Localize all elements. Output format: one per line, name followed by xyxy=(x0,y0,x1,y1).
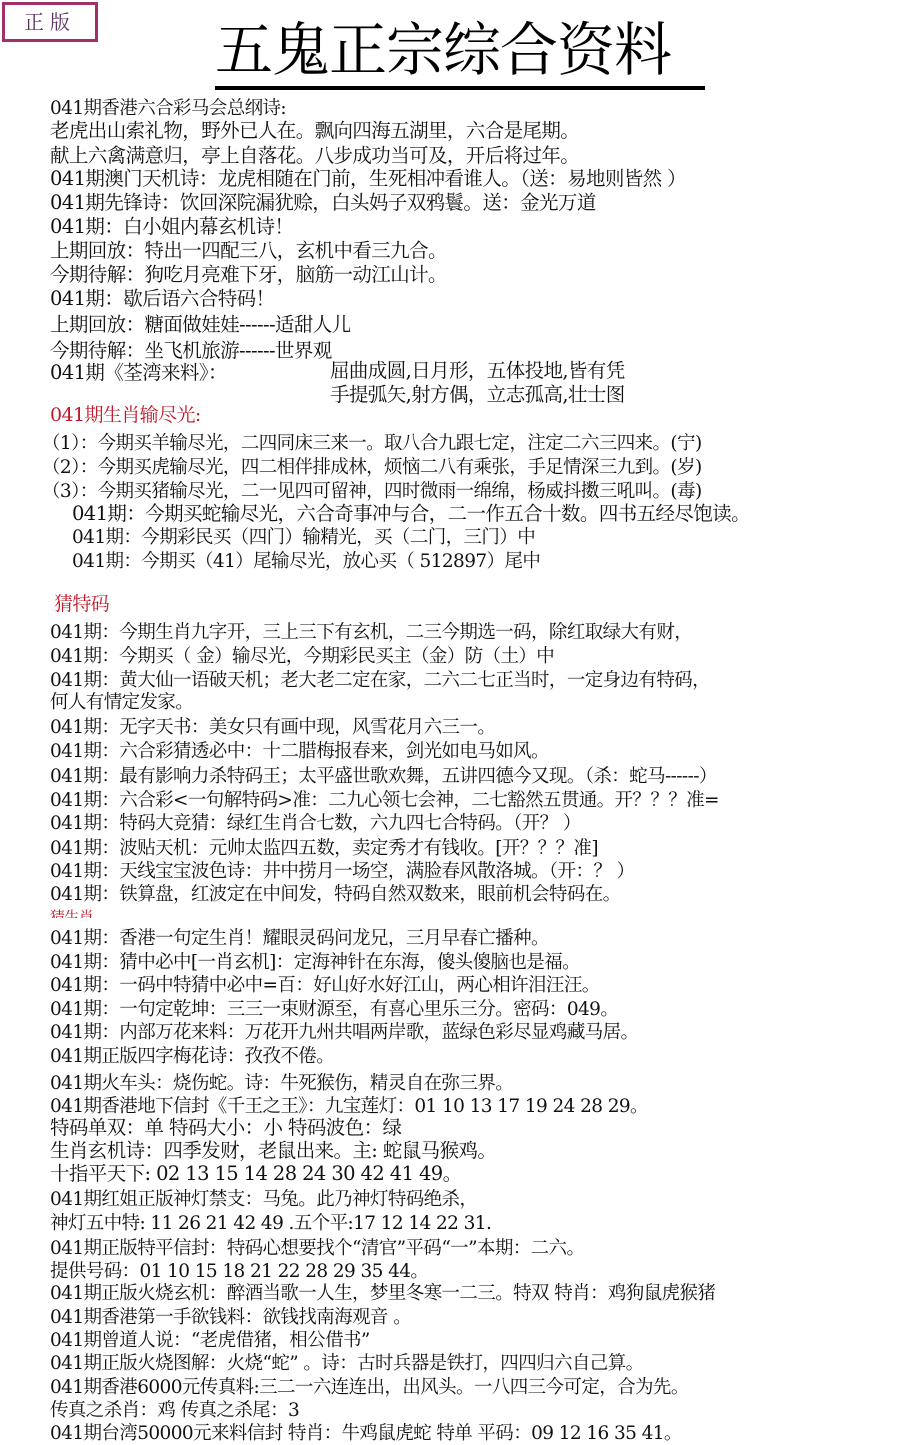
text-line: 献上六禽满意归，亭上自落花。八步成功当可及，开后将过年。 xyxy=(50,145,579,167)
text-line: 041期正版火烧图解：火烧“蛇” 。诗：古时兵器是铁打，四四归六自己算。 xyxy=(50,1353,644,1375)
text-line: 041期先锋诗：饮回深院漏犹赊，白头妈子双鸦鬟。送：金光万道 xyxy=(50,192,596,214)
text-line: 041期：波贴天机：元帅太监四五数，卖定秀才有钱收。[开？？？准] xyxy=(50,838,598,860)
text-line: 今期待解：坐飞机旅游------世界观 xyxy=(50,340,332,362)
text-line: 上期回放：糖面做娃娃------适甜人儿 xyxy=(50,314,351,336)
text-line: 十指平天下: 02 13 15 14 28 24 30 42 41 49。 xyxy=(50,1163,462,1185)
text-line: 传真之杀肖：鸡 传真之杀尾：3 xyxy=(50,1400,299,1422)
text-line: 041期：特码大竞猜：绿红生肖合七数，六九四七合特码。（开？ ） xyxy=(50,813,581,835)
official-version-badge: 正版 xyxy=(2,2,98,42)
text-line: 041期正版特平信封：特码心想要找个“清官”平码“一”本期：二六。 xyxy=(50,1238,584,1260)
text-line: 041期：最有影响力杀特码王；太平盛世歌欢舞，五讲四德今又现。（杀：蛇马----… xyxy=(50,766,717,788)
text-line: 041期：一码中特猜中必中=百：好山好水好江山，两心相许泪汪汪。 xyxy=(50,975,600,997)
text-line: 041期：今期生肖九字开，三上三下有玄机，二三今期选一码，除红取绿大有财， xyxy=(50,622,692,644)
text-line: 041期：白小姐内幕玄机诗！ xyxy=(50,216,293,238)
text-line: 041期：一句定乾坤：三三一束财源至，有喜心里乐三分。密码：049。 xyxy=(50,999,618,1021)
text-line: 何人有情定发家。 xyxy=(50,692,193,714)
text-line: 041期：今期买（ 金）输尽光，今期彩民买主（金）防（土）中 xyxy=(50,646,554,668)
text-line: 041期正版四字梅花诗：孜孜不倦。 xyxy=(50,1046,334,1068)
text-line: 041期澳门天机诗：龙虎相随在门前，生死相冲看谁人。（送：易地则皆然 ） xyxy=(50,168,686,190)
text-line: 041期：今期彩民买（四门）输精光，买（二门，三门）中 xyxy=(72,527,535,549)
text-line: 神灯五中特: 11 26 21 42 49 .五个平:17 12 14 22 3… xyxy=(50,1213,491,1235)
text-line: 今期待解：狗吃月亮难下牙，脑筋一动江山计。 xyxy=(50,264,447,286)
text-line: 041期：今期买蛇输尽光，六合奇事冲与合，二一作五合十数。四书五经尽饱读。 xyxy=(72,503,750,525)
quanwan-label: 041期《荃湾来料》： xyxy=(50,362,227,384)
text-line: 041期香港6000元传真料:三二一六连连出，出风头。一八四三今可定，合为先。 xyxy=(50,1377,689,1399)
text-line: 上期回放：特出一四配三八，玄机中看三九合。 xyxy=(50,240,447,262)
text-line: 041期香港第一手欲钱料：欲钱找南海观音 。 xyxy=(50,1307,411,1329)
text-line: 041期曾道人说：“老虎借猪，相公借书” xyxy=(50,1330,370,1352)
text-line: 041期：猜中必中[一肖玄机]：定海神针在东海，傻头傻脑也是福。 xyxy=(50,952,580,974)
page-title: 五鬼正宗综合资料 xyxy=(215,18,705,90)
text-line: 特码单双：单 特码大小：小 特码波色：绿 xyxy=(50,1117,401,1139)
text-line: 041期红姐正版神灯禁支：马兔。此乃神灯特码绝杀， xyxy=(50,1189,477,1211)
text-line: 041期火车头：烧伤蛇。诗：牛死猴伤，精灵自在弥三界。 xyxy=(50,1073,513,1095)
text-line: 041期：无字天书：美女只有画中现，风雪花月六三一。 xyxy=(50,717,495,739)
text-line: 041期：黄大仙一语破天机；老大老二定在家，二六二七正当时，一定身边有特码， xyxy=(50,670,710,692)
text-line: 041期台湾50000元来料信封 特肖：牛鸡鼠虎蛇 特单 平码：09 12 16… xyxy=(50,1423,682,1445)
text-line: 041期：天线宝宝波色诗：井中捞月一场空，满脸春风散洛城。（开：？ ） xyxy=(50,861,634,883)
quanwan-line-2: 手提弧矢,射方偶，立志孤高,壮士图 xyxy=(330,384,625,406)
text-line: 生肖玄机诗：四季发财，老鼠出来。主: 蛇鼠马猴鸡。 xyxy=(50,1140,496,1162)
text-line: 041期：铁算盘，红波定在中间发，特码自然双数来，眼前机会特码在。 xyxy=(50,884,621,906)
section-header-guess-zodiac: 猜生肖 xyxy=(50,906,93,918)
text-line: （2）：今期买虎输尽光，四二相伴排成林，烦恼二八有乘张，手足情深三九到。(岁) xyxy=(42,457,702,479)
text-line: 041期：歇后语六合特码！ xyxy=(50,288,274,310)
section-header-zodiac-lose: 041期生肖输尽光: xyxy=(50,404,201,426)
text-line: 041期正版火烧玄机：醉酒当歌一人生，梦里冬寒一二三。特双 特肖：鸡狗鼠虎猴猪 xyxy=(50,1283,715,1305)
text-line: 提供号码：01 10 15 18 21 22 28 29 35 44。 xyxy=(50,1261,428,1283)
text-line: 041期香港六合彩马会总纲诗: xyxy=(50,98,286,120)
text-line: （1）：今期买羊输尽光，二四同床三来一。取八合九跟七定，注定二六三四来。(宁) xyxy=(42,433,702,455)
text-line: 041期：内部万花来料：万花开九州共唱两岸歌，蓝绿色彩尽显鸡藏马居。 xyxy=(50,1022,638,1044)
text-line: 041期：六合彩猜透必中：十二腊梅报春来，剑光如电马如风。 xyxy=(50,741,549,763)
text-line: 041期：六合彩<一句解特码>准：二九心领七会神，二七豁然五贯通。开？？？准= xyxy=(50,790,719,812)
text-line: 041期：香港一句定生肖！耀眼灵码问龙兄，三月早春亡播种。 xyxy=(50,928,549,950)
text-line: 041期香港地下信封《千王之王》：九宝莲灯：01 10 13 17 19 24 … xyxy=(50,1096,648,1118)
text-line: 老虎出山索礼物，野外已人在。飘向四海五湖里，六合是尾期。 xyxy=(50,120,579,142)
text-line: （3）：今期买猪输尽光，二一见四可留神，四时微雨一绵绵，杨威抖擞三吼叫。(毒) xyxy=(42,481,702,503)
text-line: 041期：今期买（41）尾输尽光，放心买（ 512897）尾中 xyxy=(72,551,540,573)
quanwan-line-1: 屈曲成圆,日月形，五体投地,皆有凭 xyxy=(330,360,625,382)
section-header-guess-code: 猜特码 xyxy=(54,593,109,615)
